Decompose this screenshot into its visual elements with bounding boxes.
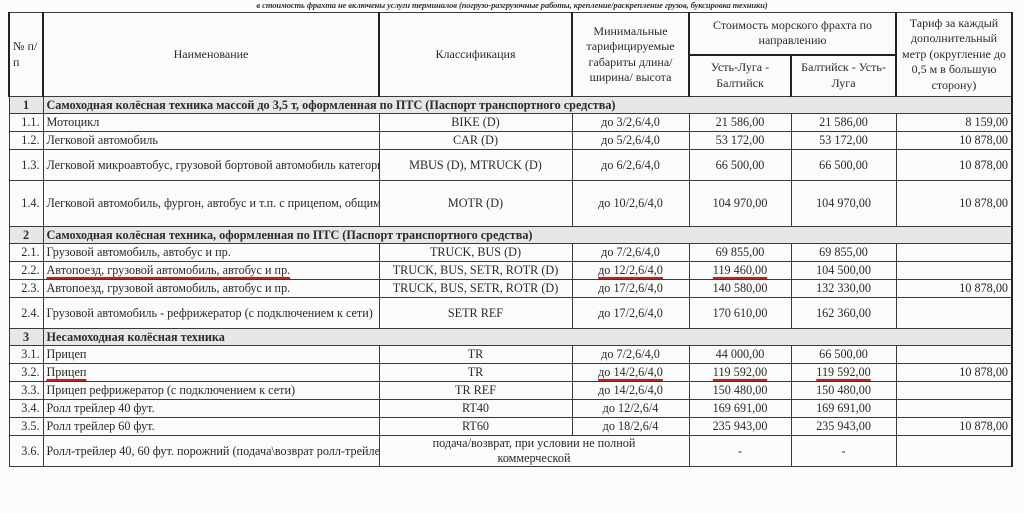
row-num: 3.5. <box>9 418 43 436</box>
group-num: 2 <box>9 227 43 244</box>
table-row: 3.6.Ролл-трейлер 40, 60 фут. порожний (п… <box>9 436 1012 467</box>
group-num: 1 <box>9 97 43 114</box>
row-dimensions: до 10/2,6/4,0 <box>572 181 689 227</box>
row-dimensions: до 14/2,6/4,0 <box>572 382 689 400</box>
row-num: 3.3. <box>9 382 43 400</box>
row-num: 3.2. <box>9 364 43 382</box>
row-route-baltiysk-ust-luga: 66 500,00 <box>791 150 896 181</box>
group-title: Самоходная колёсная техника, оформленная… <box>43 227 1012 244</box>
header-freight-group: Стоимость морского фрахта по направлению <box>689 13 896 55</box>
row-route-baltiysk-ust-luga: 69 855,00 <box>791 244 896 262</box>
row-tariff <box>896 346 1012 364</box>
row-dimensions: до 3/2,6/4,0 <box>572 114 689 132</box>
table-row: 2.4.Грузовой автомобиль - рефрижератор (… <box>9 298 1012 329</box>
row-tariff: 10 878,00 <box>896 364 1012 382</box>
row-dimensions: до 17/2,6/4,0 <box>572 280 689 298</box>
row-tariff: 10 878,00 <box>896 132 1012 150</box>
row-tariff: 10 878,00 <box>896 181 1012 227</box>
header-num: № п/п <box>9 13 43 97</box>
header-classification: Классификация <box>379 13 572 97</box>
row-route-ust-luga-baltiysk: 53 172,00 <box>689 132 791 150</box>
row-num: 2.3. <box>9 280 43 298</box>
row-route-ust-luga-baltiysk: 235 943,00 <box>689 418 791 436</box>
row-classification: TRUCK, BUS, SETR, ROTR (D) <box>379 262 572 280</box>
row-dimensions: до 12/2,6/4,0 <box>572 262 689 280</box>
freight-tariff-table: № п/п Наименование Классификация Минимал… <box>8 12 1013 467</box>
table-row: 3.3.Прицеп рефрижератор (с подключением … <box>9 382 1012 400</box>
table-row: 3.4.Ролл трейлер 40 фут.RT40до 12/2,6/41… <box>9 400 1012 418</box>
row-classification: RT40 <box>379 400 572 418</box>
row-route-baltiysk-ust-luga: 150 480,00 <box>791 382 896 400</box>
row-name: Ролл-трейлер 40, 60 фут. порожний (подач… <box>43 436 379 467</box>
row-classification: CAR (D) <box>379 132 572 150</box>
row-route-ust-luga-baltiysk: 140 580,00 <box>689 280 791 298</box>
row-route-baltiysk-ust-luga: 53 172,00 <box>791 132 896 150</box>
group-title: Несамоходная колёсная техника <box>43 329 1012 346</box>
table-row: 3.5.Ролл трейлер 60 фут.RT60до 18/2,6/42… <box>9 418 1012 436</box>
row-name: Легковой автомобиль, фургон, автобус и т… <box>43 181 379 227</box>
table-row: 1.1.МотоциклBIKE (D)до 3/2,6/4,021 586,0… <box>9 114 1012 132</box>
row-route-ust-luga-baltiysk: - <box>689 436 791 467</box>
row-classification: BIKE (D) <box>379 114 572 132</box>
row-route-ust-luga-baltiysk: 104 970,00 <box>689 181 791 227</box>
header-name: Наименование <box>43 13 379 97</box>
table-row: 2.2.Автопоезд, грузовой автомобиль, авто… <box>9 262 1012 280</box>
row-name: Автопоезд, грузовой автомобиль, автобус … <box>43 262 379 280</box>
row-route-baltiysk-ust-luga: 235 943,00 <box>791 418 896 436</box>
row-name: Грузовой автомобиль, автобус и пр. <box>43 244 379 262</box>
row-route-ust-luga-baltiysk: 21 586,00 <box>689 114 791 132</box>
row-tariff: 10 878,00 <box>896 418 1012 436</box>
row-classification: SETR REF <box>379 298 572 329</box>
row-route-ust-luga-baltiysk: 69 855,00 <box>689 244 791 262</box>
row-route-baltiysk-ust-luga: 21 586,00 <box>791 114 896 132</box>
row-route-baltiysk-ust-luga: 104 970,00 <box>791 181 896 227</box>
row-name: Ролл трейлер 60 фут. <box>43 418 379 436</box>
row-num: 3.4. <box>9 400 43 418</box>
row-dimensions: до 12/2,6/4 <box>572 400 689 418</box>
row-classification: MBUS (D), MTRUCK (D) <box>379 150 572 181</box>
row-num: 2.1. <box>9 244 43 262</box>
row-route-ust-luga-baltiysk: 169 691,00 <box>689 400 791 418</box>
group-num: 3 <box>9 329 43 346</box>
table-row: 2.3.Автопоезд, грузовой автомобиль, авто… <box>9 280 1012 298</box>
group-row: 1Самоходная колёсная техника массой до 3… <box>9 97 1012 114</box>
table-row: 1.2.Легковой автомобильCAR (D)до 5/2,6/4… <box>9 132 1012 150</box>
header-dimensions: Минимальные тарифицируемые габариты длин… <box>572 13 689 97</box>
row-route-ust-luga-baltiysk: 119 592,00 <box>689 364 791 382</box>
row-name: Автопоезд, грузовой автомобиль, автобус … <box>43 280 379 298</box>
header-route-ust-luga-baltiysk: Усть-Луга - Балтийск <box>689 55 791 97</box>
row-tariff <box>896 382 1012 400</box>
row-name: Легковой автомобиль <box>43 132 379 150</box>
row-route-ust-luga-baltiysk: 119 460,00 <box>689 262 791 280</box>
row-route-ust-luga-baltiysk: 66 500,00 <box>689 150 791 181</box>
row-classification-merged: подача/возврат, при условии не полной ко… <box>379 436 689 467</box>
row-dimensions: до 14/2,6/4,0 <box>572 364 689 382</box>
row-name: Грузовой автомобиль - рефрижератор (с по… <box>43 298 379 329</box>
freight-note: в стоимость фрахта не включены услуги те… <box>0 0 1024 12</box>
row-tariff: 10 878,00 <box>896 150 1012 181</box>
row-tariff <box>896 244 1012 262</box>
row-route-ust-luga-baltiysk: 150 480,00 <box>689 382 791 400</box>
row-classification: MOTR (D) <box>379 181 572 227</box>
row-tariff <box>896 262 1012 280</box>
row-num: 1.4. <box>9 181 43 227</box>
row-dimensions: до 7/2,6/4,0 <box>572 346 689 364</box>
table-body: 1Самоходная колёсная техника массой до 3… <box>9 97 1012 467</box>
row-num: 2.2. <box>9 262 43 280</box>
row-num: 1.3. <box>9 150 43 181</box>
table-row: 3.2.ПрицепTRдо 14/2,6/4,0119 592,00119 5… <box>9 364 1012 382</box>
row-classification: RT60 <box>379 418 572 436</box>
row-name: Мотоцикл <box>43 114 379 132</box>
row-name: Легковой микроавтобус, грузовой бортовой… <box>43 150 379 181</box>
row-dimensions: до 18/2,6/4 <box>572 418 689 436</box>
row-tariff: 10 878,00 <box>896 280 1012 298</box>
row-route-ust-luga-baltiysk: 170 610,00 <box>689 298 791 329</box>
header-tariff: Тариф за каждый дополнительный метр (окр… <box>896 13 1012 97</box>
row-dimensions: до 17/2,6/4,0 <box>572 298 689 329</box>
row-route-baltiysk-ust-luga: 104 500,00 <box>791 262 896 280</box>
row-name: Прицеп <box>43 364 379 382</box>
table-row: 1.4.Легковой автомобиль, фургон, автобус… <box>9 181 1012 227</box>
row-tariff: 8 159,00 <box>896 114 1012 132</box>
row-route-ust-luga-baltiysk: 44 000,00 <box>689 346 791 364</box>
row-route-baltiysk-ust-luga: 162 360,00 <box>791 298 896 329</box>
row-name: Прицеп <box>43 346 379 364</box>
row-route-baltiysk-ust-luga: - <box>791 436 896 467</box>
row-tariff <box>896 298 1012 329</box>
row-route-baltiysk-ust-luga: 132 330,00 <box>791 280 896 298</box>
row-route-baltiysk-ust-luga: 66 500,00 <box>791 346 896 364</box>
group-row: 3Несамоходная колёсная техника <box>9 329 1012 346</box>
row-classification: TR <box>379 364 572 382</box>
table-row: 3.1.ПрицепTRдо 7/2,6/4,044 000,0066 500,… <box>9 346 1012 364</box>
row-route-baltiysk-ust-luga: 169 691,00 <box>791 400 896 418</box>
row-name: Ролл трейлер 40 фут. <box>43 400 379 418</box>
row-dimensions: до 6/2,6/4,0 <box>572 150 689 181</box>
row-num: 2.4. <box>9 298 43 329</box>
row-route-baltiysk-ust-luga: 119 592,00 <box>791 364 896 382</box>
row-dimensions: до 7/2,6/4,0 <box>572 244 689 262</box>
row-num: 1.1. <box>9 114 43 132</box>
header-route-baltiysk-ust-luga: Балтийск - Усть-Луга <box>791 55 896 97</box>
row-num: 1.2. <box>9 132 43 150</box>
row-dimensions: до 5/2,6/4,0 <box>572 132 689 150</box>
row-classification: TRUCK, BUS, SETR, ROTR (D) <box>379 280 572 298</box>
row-num: 3.6. <box>9 436 43 467</box>
row-classification: TRUCK, BUS (D) <box>379 244 572 262</box>
row-classification: TR <box>379 346 572 364</box>
row-classification: TR REF <box>379 382 572 400</box>
row-tariff <box>896 400 1012 418</box>
row-name: Прицеп рефрижератор (с подключением к се… <box>43 382 379 400</box>
group-title: Самоходная колёсная техника массой до 3,… <box>43 97 1012 114</box>
row-tariff <box>896 436 1012 467</box>
table-row: 1.3.Легковой микроавтобус, грузовой борт… <box>9 150 1012 181</box>
table-row: 2.1.Грузовой автомобиль, автобус и пр.TR… <box>9 244 1012 262</box>
group-row: 2Самоходная колёсная техника, оформленна… <box>9 227 1012 244</box>
row-num: 3.1. <box>9 346 43 364</box>
